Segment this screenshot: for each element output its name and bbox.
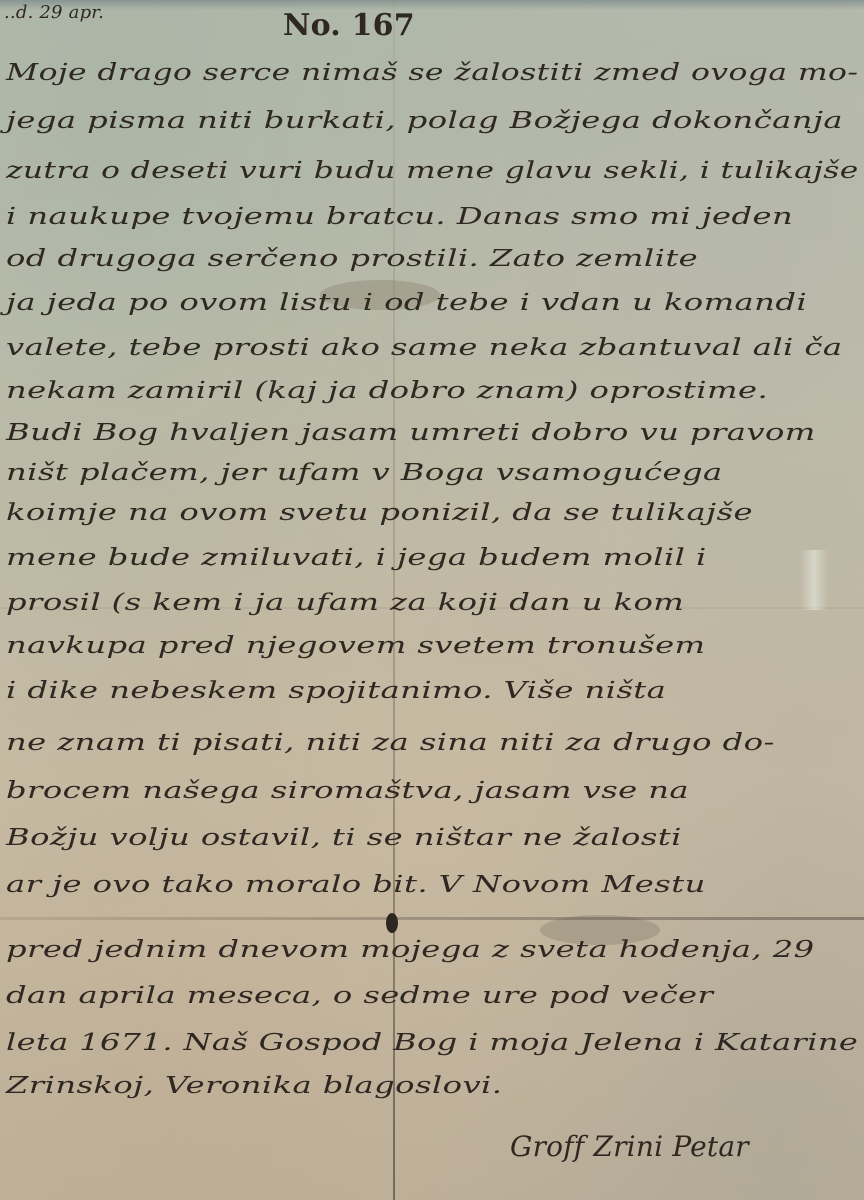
letter-line: od drugoga serčeno prostili. Zato zemlit… <box>6 246 698 272</box>
letter-line: navkupa pred njegovem svetem tronušem <box>6 633 706 659</box>
letter-line: ne znam ti pisati, niti za sina niti za … <box>6 730 775 756</box>
signature: Groff Zrini Petar <box>510 1130 749 1163</box>
letter-line: leta 1671. Naš Gospod Bog i moja Jelena … <box>6 1030 858 1056</box>
date-annotation: ..d. 29 apr. <box>4 2 104 23</box>
letter-line: prosil (s kem i ja ufam za koji dan u ko… <box>6 590 684 616</box>
scan-edge-shadow <box>0 0 864 10</box>
letter-line: mene bude zmiluvati, i jega budem molil … <box>6 545 707 571</box>
letter-line: Moje drago serce nimaš se žalostiti zmed… <box>6 60 858 86</box>
scan-glare <box>800 550 828 610</box>
letter-line: brocem našega siromaštva, jasam vse na <box>6 778 689 804</box>
letter-line: pred jednim dnevom mojega z sveta hodenj… <box>6 937 815 963</box>
letter-line: i naukupe tvojemu bratcu. Danas smo mi j… <box>6 204 793 230</box>
letter-line: Zrinskoj, Veronika blagoslovi. <box>6 1073 502 1099</box>
letter-line: zutra o deseti vuri budu mene glavu sekl… <box>6 158 859 184</box>
letter-line: koimje na ovom svetu ponizil, da se tuli… <box>6 500 753 526</box>
letter-line: dan aprila meseca, o sedme ure pod večer <box>6 983 713 1009</box>
letter-line: Budi Bog hvaljen jasam umreti dobro vu p… <box>6 420 816 446</box>
letter-line: ar je ovo tako moralo bit. V Novom Mestu <box>6 872 706 898</box>
ink-blot <box>386 913 398 933</box>
letter-line: Božju volju ostavil, ti se ništar ne žal… <box>6 825 682 851</box>
document-number: No. 167 <box>283 8 415 43</box>
letter-line: nekam zamiril (kaj ja dobro znam) oprost… <box>6 378 768 404</box>
letter-line: valete, tebe prosti ako same neka zbantu… <box>6 335 843 361</box>
paper-fold-line <box>0 917 864 920</box>
letter-line: ništ plačem, jer ufam v Boga vsamogućega <box>6 460 723 486</box>
letter-line: ja jeda po ovom listu i od tebe i vdan u… <box>6 290 807 316</box>
manuscript-page: ..d. 29 apr. No. 167 Moje drago serce ni… <box>0 0 864 1200</box>
letter-line: i dike nebeskem spojitanimo. Više ništa <box>6 678 666 704</box>
letter-line: jega pisma niti burkati, polag Božjega d… <box>6 108 843 134</box>
